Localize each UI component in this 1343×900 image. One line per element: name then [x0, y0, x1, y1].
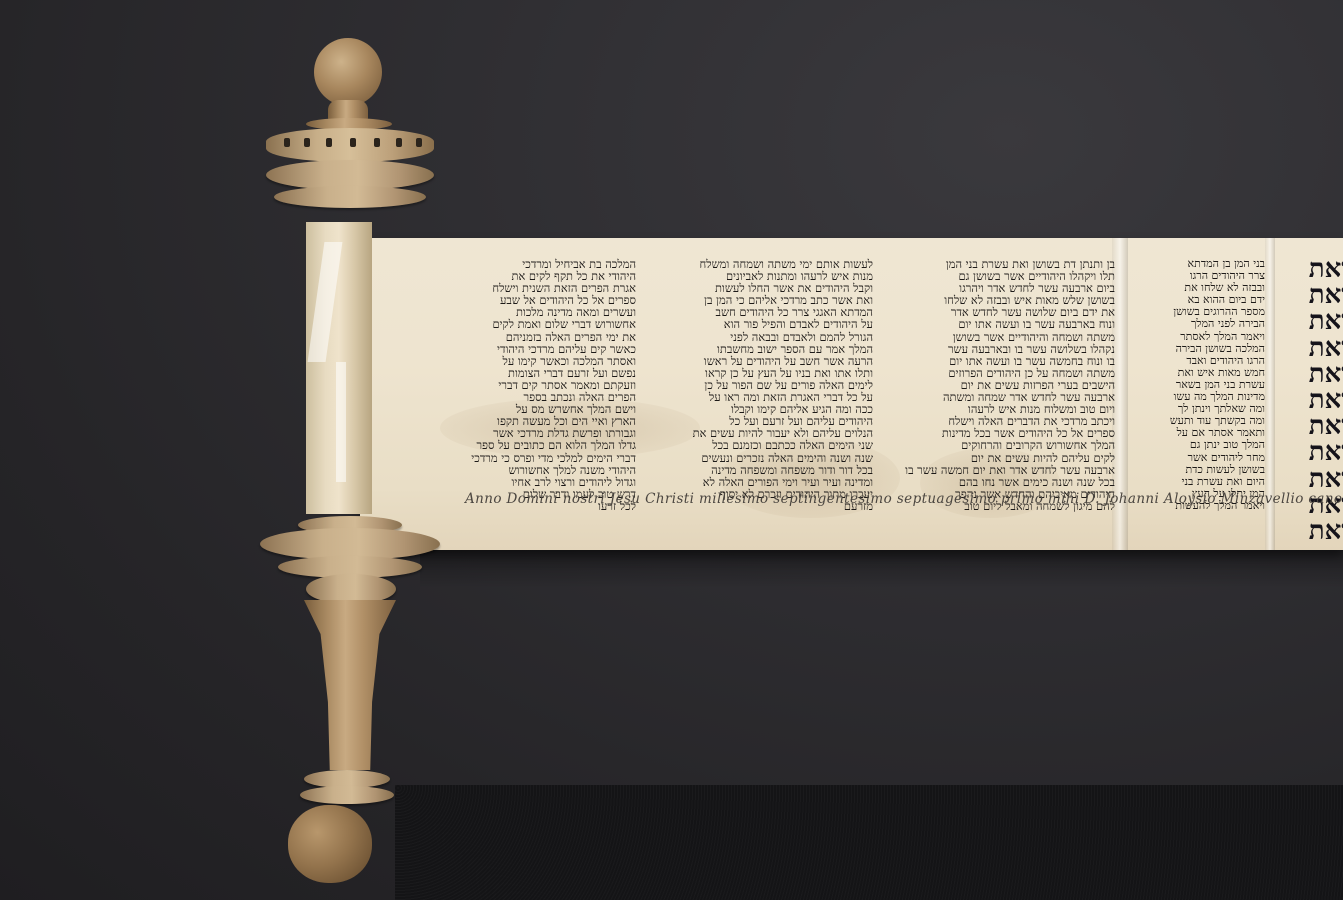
text-line: וישם המלך אחשרש מס על [428, 403, 636, 415]
text-line: ספרים אל כל היהודים אשר בכל מדינות [900, 427, 1115, 439]
text-line: ביום ארבעה עשר לחדש אדר ויהרגו [900, 282, 1115, 294]
text-line: ומה בקשתך עוד ותעש [1140, 415, 1265, 427]
text-line: מחר ליהודים אשר [1140, 452, 1265, 464]
text-line: לקים עליהם להיות עשים את יום [900, 452, 1115, 464]
text-line: המלך אמר עם הספר ישוב מחשבתו [655, 343, 873, 355]
text-line: בשושן שלש מאות איש ובבזה לא שלחו [900, 294, 1115, 306]
text-line: הארץ ואיי הים וכל מעשה תקפו [428, 415, 636, 427]
text-column-4: בני המן בן המדתא צרר היהודים הרגו ובבזה … [1140, 258, 1265, 512]
text-line: המדתא האגגי צרר כל היהודים חשב [655, 306, 873, 318]
text-line: מנות איש לרעהו ומתנות לאביונים [655, 270, 873, 282]
text-line: צרר היהודים הרגו [1140, 270, 1265, 282]
handle-collar [306, 574, 396, 604]
text-line: גדלו המלך הלוא הם כתובים על ספר [428, 439, 636, 451]
text-column-3: בן ותנתן דת בשושן ואת עשרת בני המן תלו ו… [900, 258, 1115, 512]
text-line: הפרים האלה ונכתב בספר [428, 391, 636, 403]
text-line: היהודי משנה למלך אחשורוש [428, 464, 636, 476]
text-line: בכל שנה ושנה כימים אשר נחו בהם [900, 476, 1115, 488]
text-line: נקהלו בשלושה עשר בו ובארבעה עשר [900, 343, 1115, 355]
text-line: לעשות אותם ימי משתה ושמחה ומשלח [655, 258, 873, 270]
bottom-finial-ball [288, 805, 372, 883]
text-line: ומדינה ועיר ועיר וימי הפורים האלה לא [655, 476, 873, 488]
crown-hole [374, 138, 380, 147]
text-line: על כל דברי האגרת הזאת ומה ראו על [655, 391, 873, 403]
text-line: משתה ושמחה והיהודיים אשר בשושן [900, 331, 1115, 343]
latin-inscription: Anno Domini nostri Jesu Christi millesim… [465, 491, 1343, 507]
text-line: היהודים עליהם ועל זרעם ועל כל [655, 415, 873, 427]
text-line: ותלו אתו ואת בניו על העץ על כן קראו [655, 367, 873, 379]
text-line: המלכה בת אביחיל ומרדכי [428, 258, 636, 270]
crown-hole [304, 138, 310, 147]
text-line: ועשרים ומאה מדינה מלכות [428, 306, 636, 318]
text-line: וגדול ליהודים ורצוי לרב אחיו [428, 476, 636, 488]
name-line: ואת [1278, 256, 1343, 282]
text-line: בני המן בן המדתא [1140, 258, 1265, 270]
text-line: ספרים אל כל היהודים אל שבע [428, 294, 636, 306]
upper-disk-lower [274, 186, 426, 208]
text-line: דברי הימים למלכי מדי ופרס כי מרדכי [428, 452, 636, 464]
crown-hole [416, 138, 422, 147]
text-line: הגורל להמם ולאבדם ובבאה לפני [655, 331, 873, 343]
crown-hole [284, 138, 290, 147]
name-line: ואת [1278, 282, 1343, 308]
text-line: עשרת בני המן בשאר [1140, 379, 1265, 391]
handle-ring [300, 786, 394, 804]
text-line: הבירה לפני המלך [1140, 318, 1265, 330]
pierced-crown-ring [266, 128, 434, 162]
name-line: ואת [1278, 387, 1343, 413]
name-line: ואת [1278, 413, 1343, 439]
text-line: ונוח בארבעה עשר בו ועשה אתו יום [900, 318, 1115, 330]
text-line: חמש מאות איש ואת [1140, 367, 1265, 379]
text-line: וקבל היהודים את אשר החלו לעשות [655, 282, 873, 294]
text-line: היום ואת עשרת בני [1140, 476, 1265, 488]
text-line: ויאמר המלך לאסתר [1140, 331, 1265, 343]
text-line: בן ותנתן דת בשושן ואת עשרת בני המן [900, 258, 1115, 270]
name-line: ואת [1278, 335, 1343, 361]
name-line: ואת [1278, 308, 1343, 334]
text-line: בכל דור ודור משפחה ומשפחה מדינה [655, 464, 873, 476]
text-line: הישבים בערי הפרזות עשים את יום [900, 379, 1115, 391]
text-line: תלו ויקהלו היהודיים אשר בשושן גם [900, 270, 1115, 282]
text-column-1: המלכה בת אביחיל ומרדכי היהודי את כל תקף … [428, 258, 636, 512]
name-line: ואת [1278, 361, 1343, 387]
crown-hole [350, 138, 356, 147]
torn-parchment [308, 242, 343, 362]
name-line: ואת [1278, 466, 1343, 492]
text-line: וזעקתם ומאמר אסתר קים דברי [428, 379, 636, 391]
crown-hole [396, 138, 402, 147]
text-line: ויום טוב ומשלוח מנות איש לרעהו [900, 403, 1115, 415]
text-line: וגבורתו ופרשת גדלת מרדכי אשר [428, 427, 636, 439]
text-line: מספר ההרוגים בשושן [1140, 306, 1265, 318]
text-line: הרעה אשר חשב על היהודים על ראשו [655, 355, 873, 367]
top-finial-ball [314, 38, 382, 106]
roller-shaft-wrapped [306, 222, 372, 514]
text-line: ואת אשר כתב מרדכי אליהם כי המן בן [655, 294, 873, 306]
text-line: בשושן לעשות כדת [1140, 464, 1265, 476]
text-line: מדינות המלך מה עשו [1140, 391, 1265, 403]
text-line: את ידם ביום שלושה עשר לחדש אדר [900, 306, 1115, 318]
text-line: ומה שאלתך וינתן לך [1140, 403, 1265, 415]
text-line: המלך טוב ינתן גם [1140, 439, 1265, 451]
roller-handle [304, 600, 396, 770]
text-line: הרגו היהודים ואבד [1140, 355, 1265, 367]
text-line: ככה ומה הגיע אליהם קימו וקבלו [655, 403, 873, 415]
text-line: הנלוים עליהם ולא יעבור להיות עשים את [655, 427, 873, 439]
text-line: ויכתב מרדכי את הדברים האלה וישלח [900, 415, 1115, 427]
text-line: את ימי הפרים האלה בזמניהם [428, 331, 636, 343]
text-line: נפשם ועל זרעם דברי הצומות [428, 367, 636, 379]
text-line: המלכה בשושן הבירה [1140, 343, 1265, 355]
text-line: ותאמר אסתר אם על [1140, 427, 1265, 439]
text-line: שני הימים האלה ככתבם וכזמנם בכל [655, 439, 873, 451]
text-line: על היהודים לאבדם והפיל פור הוא [655, 318, 873, 330]
text-line: ארבעה עשר לחדש אדר שמחה ומשתה [900, 391, 1115, 403]
text-line: אגרת הפרים הזאת השנית וישלח [428, 282, 636, 294]
text-line: משתה ושמחה על כן היהודים הפרוזים [900, 367, 1115, 379]
text-line: ידם ביום ההוא בא [1140, 294, 1265, 306]
text-line: ובבזה לא שלחו את [1140, 282, 1265, 294]
text-line: המלך אחשורוש הקרובים והרחוקים [900, 439, 1115, 451]
dark-surface-floor [395, 785, 1343, 900]
crown-hole [326, 138, 332, 147]
text-line: בו ונוח בחמשה עשר בו ועשה אתו יום [900, 355, 1115, 367]
scroll-shadow [420, 548, 1343, 588]
text-line: אחשורוש דברי שלום ואמת לקים [428, 318, 636, 330]
name-line: ואת [1278, 439, 1343, 465]
torn-parchment [336, 362, 346, 482]
text-line: כאשר קים עליהם מרדכי היהודי [428, 343, 636, 355]
text-column-2: לעשות אותם ימי משתה ושמחה ומשלח מנות איש… [655, 258, 873, 512]
name-line: ואת [1278, 518, 1343, 544]
text-line: ואסתר המלכה וכאשר קימו על [428, 355, 636, 367]
wooden-roller [250, 0, 450, 900]
text-line: שנה ושנה והימים האלה נזכרים ונעשים [655, 452, 873, 464]
text-line: ארבעה עשר לחדש אדר ואת יום חמשה עשר בו [900, 464, 1115, 476]
text-line: היהודי את כל תקף לקים את [428, 270, 636, 282]
text-line: לימים האלה פורים על שם הפור על כן [655, 379, 873, 391]
parchment-scroll: המלכה בת אביחיל ומרדכי היהודי את כל תקף … [360, 238, 1343, 550]
